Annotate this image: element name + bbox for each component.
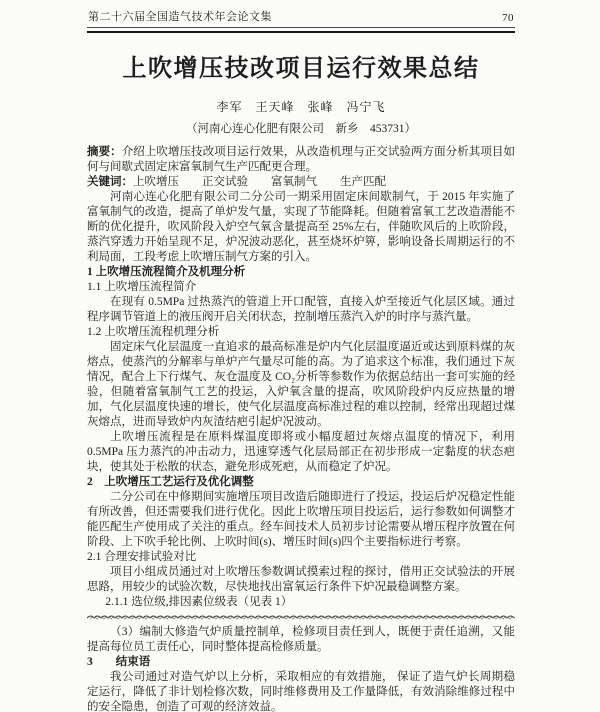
- article-body: 河南心连心化肥有限公司二分公司一期采用固定床间歇制气，于 2015 年实施了富氧…: [87, 190, 515, 712]
- body-paragraph: 我公司通过对造气炉以上分析，采取相应的有效措施， 保证了造气炉长周期稳定运行，降…: [87, 670, 515, 712]
- body-paragraph: 固定床气化层温度一直追求的最高标准是炉内气化层温度逼近或达到原料煤的灰熔点，使蒸…: [87, 340, 515, 430]
- torn-edge-separator: [87, 612, 515, 621]
- header-rule-thick: [87, 31, 515, 33]
- affiliation-line: （河南心连心化肥有限公司 新乡 453731）: [87, 120, 515, 136]
- keywords-label: 关键词：: [87, 176, 133, 188]
- running-header: 第二十六届全国造气技术年会论文集 70: [87, 6, 515, 27]
- proceedings-title: 第二十六届全国造气技术年会论文集: [88, 8, 272, 24]
- wavy-line-icon: [87, 612, 515, 621]
- keywords-paragraph: 关键词：上吹增压 正交试验 富氧制气 生产匹配: [87, 175, 515, 190]
- abstract-label: 摘要：: [87, 146, 122, 158]
- subsection-heading: 1.2 上吹增压流程机理分析: [87, 325, 515, 340]
- body-paragraph: 上吹增压流程是在原料煤温度即将或小幅度超过灰熔点温度的情况下，利用 0.5MPa…: [87, 430, 515, 475]
- section-heading: 3 结束语: [87, 655, 515, 670]
- body-paragraph: 二分公司在中修期间实施增压项目改造后随即进行了投运，投运后炉况稳定性能有所改善，…: [87, 490, 515, 550]
- body-paragraph: 在现有 0.5MPa 过热蒸汽的管道上开口配管，直接入炉至接近气化层区域。通过程…: [87, 295, 515, 325]
- keywords-text: 上吹增压 正交试验 富氧制气 生产匹配: [133, 176, 386, 188]
- body-paragraph: （3）编制大修造气炉质量控制单，检修项目责任到人，既便于责任追溯，又能提高每位员…: [87, 625, 515, 655]
- header-rule-thin: [87, 27, 515, 28]
- body-paragraph: 项目小组成员通过对上吹增压参数调试摸索过程的探讨，借用正交试验法的开展思路，用较…: [87, 565, 515, 595]
- body-paragraph: 河南心连心化肥有限公司二分公司一期采用固定床间歇制气，于 2015 年实施了富氧…: [87, 190, 515, 265]
- article-title: 上吹增压技改项目运行效果总结: [87, 48, 515, 83]
- section-heading: 2 上吹增压工艺运行及优化调整: [87, 475, 515, 490]
- section-heading: 1 上吹增压流程简介及机理分析: [87, 265, 515, 280]
- abstract-paragraph: 摘要：介绍上吹增压技改项目运行效果，从改造机理与正交试验两方面分析其项目如何与间…: [87, 145, 515, 175]
- subsection-heading: 2.1 合理安排试验对比: [87, 550, 515, 565]
- scanned-paper-page: 第二十六届全国造气技术年会论文集 70 上吹增压技改项目运行效果总结 李军 王天…: [0, 0, 600, 712]
- subsubsection-heading: 2.1.1 选位级,排因素位级表（见表 1）: [87, 595, 515, 610]
- subsection-heading: 1.1 上吹增压流程简介: [87, 280, 515, 295]
- abstract-block: 摘要：介绍上吹增压技改项目运行效果，从改造机理与正交试验两方面分析其项目如何与间…: [87, 145, 515, 190]
- abstract-text: 介绍上吹增压技改项目运行效果，从改造机理与正交试验两方面分析其项目如何与间歇式固…: [87, 146, 515, 173]
- page-number: 70: [502, 12, 514, 24]
- author-line: 李军 王天峰 张峰 冯宁飞: [87, 98, 515, 115]
